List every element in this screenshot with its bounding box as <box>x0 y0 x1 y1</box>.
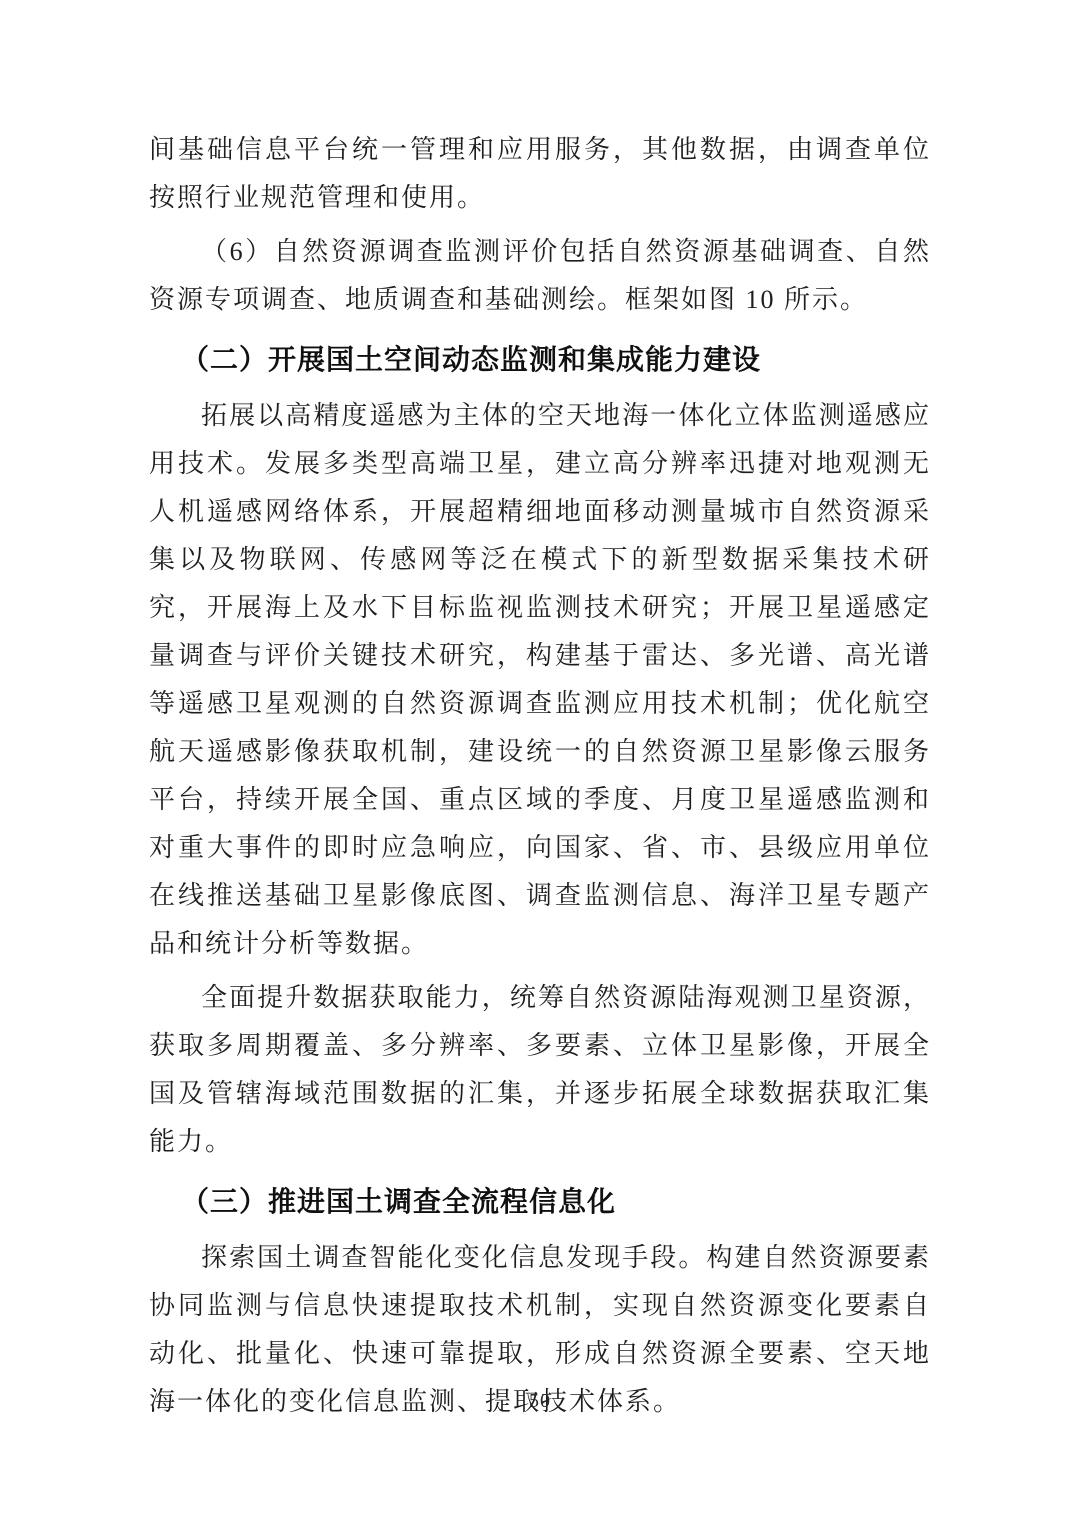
page-content: 间基础信息平台统一管理和应用服务，其他数据，由调查单位按照行业规范管理和使用。 … <box>149 126 931 1432</box>
document-page: 间基础信息平台统一管理和应用服务，其他数据，由调查单位按照行业规范管理和使用。 … <box>0 0 1080 1527</box>
intro-paragraph-continuation: 间基础信息平台统一管理和应用服务，其他数据，由调查单位按照行业规范管理和使用。 <box>149 126 931 222</box>
section-heading-2: （二）开展国土空间动态监测和集成能力建设 <box>149 336 931 384</box>
intro-paragraph-item-6: （6）自然资源调查监测评价包括自然资源基础调查、自然资源专项调查、地质调查和基础… <box>149 228 931 324</box>
section-heading-3: （三）推进国土调查全流程信息化 <box>149 1178 931 1226</box>
section-2-paragraph-2: 全面提升数据获取能力，统筹自然资源陆海观测卫星资源，获取多周期覆盖、多分辨率、多… <box>149 974 931 1166</box>
page-number: 50 <box>0 1390 1080 1413</box>
section-2-paragraph-1: 拓展以高精度遥感为主体的空天地海一体化立体监测遥感应用技术。发展多类型高端卫星，… <box>149 392 931 968</box>
